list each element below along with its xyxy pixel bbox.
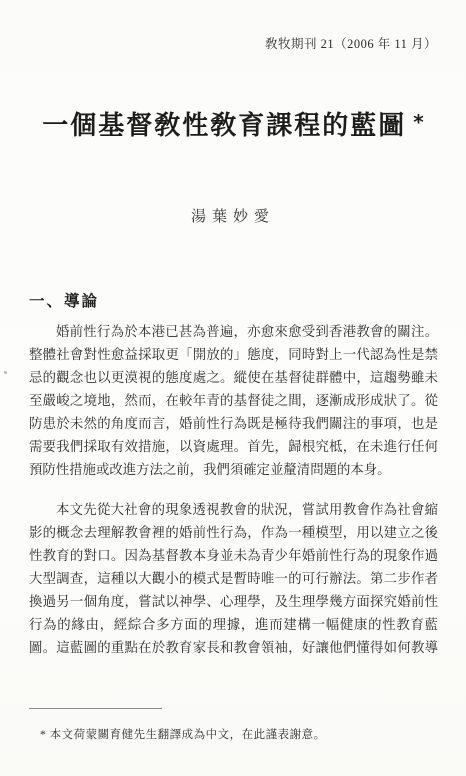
- body-line: 至嚴峻之境地，然而，在較年青的基督徒之間，逐漸成形成狀了。從: [29, 389, 438, 412]
- body-line: 預防性措施或改進方法之前，我們須確定並釐清問題的本身。: [29, 458, 438, 481]
- author-name: 湯葉妙愛: [0, 205, 466, 226]
- body-line: 婚前性行為於本港已甚為普遍，亦愈來愈受到香港教會的關注。: [29, 320, 438, 343]
- title-footnote-asterisk: *: [413, 100, 423, 144]
- body-line: 防患於未然的角度而言，婚前性行為既是極待我們關注的事項，也是: [29, 412, 438, 435]
- body-line: 整體社會對性愈益採取更「開放的」態度，同時對上一代認為性是禁: [29, 343, 438, 366]
- paragraph-2: 本文先從大社會的現象透視教會的狀況，嘗試用教會作為社會縮影的概念去理解教會裡的婚…: [29, 498, 438, 659]
- footnote-text: * 本文荷蒙關育健先生翻譯成為中文，在此謹表謝意。: [29, 726, 440, 742]
- scan-artifact-dot: [4, 371, 7, 374]
- article-title-text: 一個基督敎性敎育課程的藍圖: [42, 111, 406, 141]
- section-heading: 一、導論: [29, 289, 99, 311]
- body-line: 需要我們採取有效措施，以資處理。首先，歸根究柢，在未進行任何: [29, 435, 438, 458]
- body-line: 忌的觀念也以更漠視的態度處之。縱使在基督徒群體中，這趨勢雖未: [29, 366, 438, 389]
- paragraph-1: 婚前性行為於本港已甚為普遍，亦愈來愈受到香港教會的關注。整體社會對性愈益採取更「…: [29, 320, 438, 481]
- body-line: 性教育的對口。因為基督教本身並未為青少年婚前性行為的現象作過: [29, 544, 438, 567]
- body-line: 影的概念去理解教會裡的婚前性行為，作為一種模型，用以建立之後: [29, 521, 438, 544]
- article-body: 婚前性行為於本港已甚為普遍，亦愈來愈受到香港教會的關注。整體社會對性愈益採取更「…: [29, 320, 438, 659]
- body-line: 換過另一個角度，嘗試以神學、心理學，及生理學幾方面探究婚前性: [29, 590, 438, 613]
- journal-issue-header: 敎牧期刊 21（2006 年 11 月）: [265, 34, 437, 52]
- document-page: 敎牧期刊 21（2006 年 11 月） 一個基督敎性敎育課程的藍圖* 湯葉妙愛…: [0, 0, 466, 776]
- footnote-divider: [29, 708, 162, 709]
- article-title: 一個基督敎性敎育課程的藍圖*: [0, 104, 466, 149]
- body-line: 圖。這藍圖的重點在於教育家長和教會領袖，好讓他們懂得如何教導: [29, 636, 438, 659]
- body-line: 本文先從大社會的現象透視教會的狀況，嘗試用教會作為社會縮: [29, 498, 438, 521]
- body-line: 行為的緣由，經綜合多方面的理據，進而建構一幅健康的性教育藍: [29, 613, 438, 636]
- body-line: 大型調查，這種以大觀小的模式是暫時唯一的可行辦法。第二步作者: [29, 567, 438, 590]
